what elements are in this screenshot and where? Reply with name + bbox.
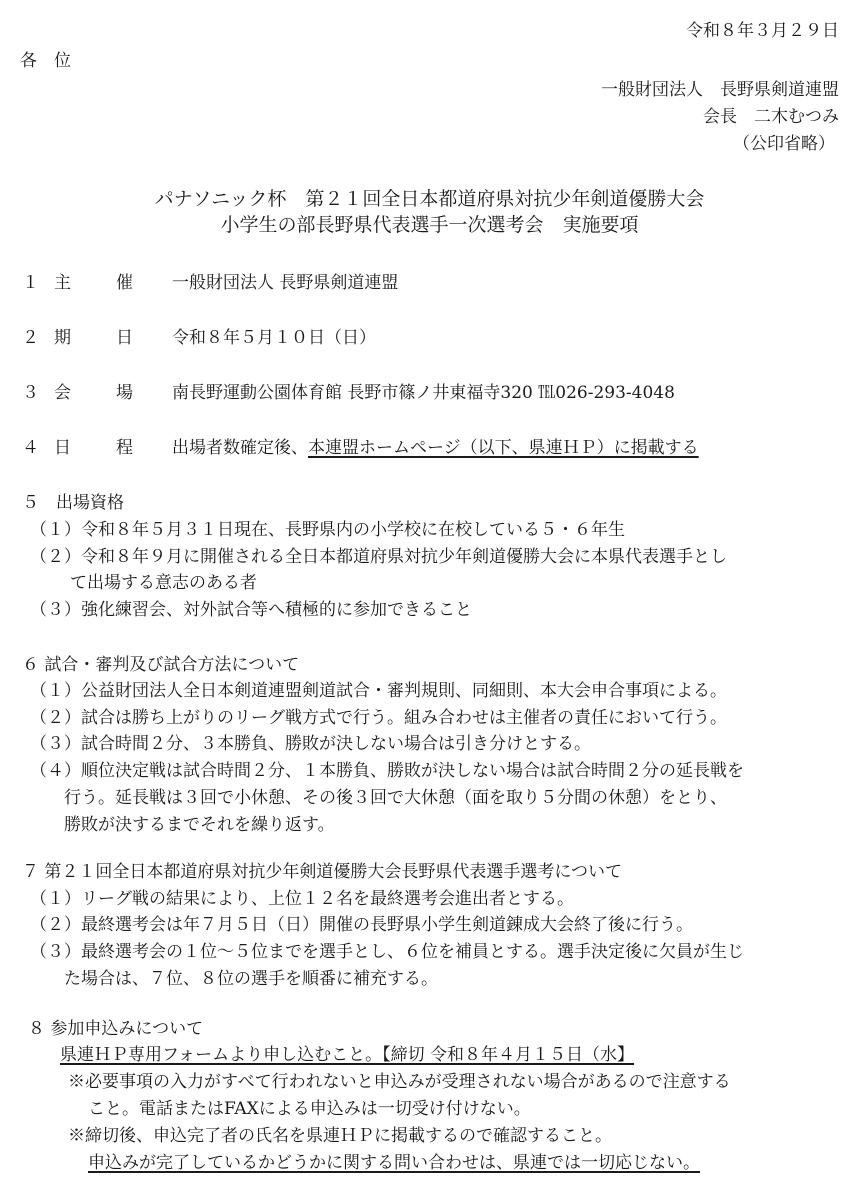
match-rule-item-2: （２）試合は勝ち上がりのリーグ戦方式で行う。組み合わせは主催者の責任において行う… [30, 707, 727, 729]
section-selection-heading: ７ 第２１回全日本都道府県対抗少年剣道優勝大会長野県代表選手選考について [22, 861, 622, 883]
section-eligibility-heading: ５ 出場資格 [22, 492, 124, 514]
document-date: 令和８年３月２９日 [686, 20, 839, 42]
application-deadline: 県連ＨＰ専用フォームより申し込むこと。【締切 令和８年４月１５日（水】 [60, 1044, 634, 1066]
section-label-char: 主 [54, 272, 116, 294]
section-label-char: 日 [116, 327, 172, 349]
application-note-2: ※締切後、申込完了者の氏名を県連ＨＰに掲載するので確認すること。 [68, 1125, 612, 1147]
section-match-rules-heading: ６ 試合・審判及び試合方法について [22, 654, 299, 676]
section-label-char: 場 [116, 382, 172, 404]
section-schedule: ４日程出場者数確定後、本連盟ホームページ（以下、県連ＨＰ）に掲載する [22, 437, 699, 459]
document-title-line1: パナソニック杯 第２１回全日本都道府県対抗少年剣道優勝大会 [0, 187, 859, 212]
match-rule-item-1: （１）公益財団法人全日本剣道連盟剣道試合・審判規則、同細則、本大会申合事項による… [30, 680, 727, 702]
schedule-underlined-note: 本連盟ホームページ（以下、県連ＨＰ）に掲載する [308, 438, 699, 458]
schedule-value: 出場者数確定後、 [172, 438, 308, 458]
section-number: １ [22, 272, 54, 294]
document-title-line2: 小学生の部長野県代表選手一次選考会 実施要項 [0, 213, 859, 238]
section-venue: ３会場南長野運動公園体育館 長野市篠ノ井東福寺320 ℡026-293-4048 [22, 382, 675, 404]
eligibility-item-2-cont: て出場する意志のある者 [70, 572, 257, 594]
match-rule-item-4-cont1: 行う。延長戦は３回で小休憩、その後３回で大休憩（面を取り５分間の休憩）をとり、 [64, 787, 727, 809]
selection-item-1: （１）リーグ戦の結果により、上位１２名を最終選考会進出者とする。 [30, 888, 574, 910]
section-number: ２ [22, 327, 54, 349]
eligibility-item-1: （１）令和８年５月３１日現在、長野県内の小学校に在校している５・６年生 [30, 519, 625, 541]
section-label-char: 会 [54, 382, 116, 404]
section-label-char: 日 [54, 437, 116, 459]
event-date-value: 令和８年５月１０日（日） [172, 328, 376, 348]
application-note-1: ※必要事項の入力がすべて行われないと申込みが受理されない場合があるので注意する [68, 1071, 731, 1093]
selection-item-3-cont: た場合は、７位、８位の選手を順番に補充する。 [64, 968, 438, 990]
match-rule-item-4-cont2: 勝敗が決するまでそれを繰り返す。 [64, 814, 335, 836]
section-label-char: 催 [116, 272, 172, 294]
match-rule-item-3: （３）試合時間２分、３本勝負、勝敗が決しない場合は引き分けとする。 [30, 733, 591, 755]
sender-name: 会長 二木むつみ [703, 106, 839, 128]
section-number: ３ [22, 382, 54, 404]
eligibility-item-3: （３）強化練習会、対外試合等へ積極的に参加できること [30, 599, 472, 621]
section-date: ２期日令和８年５月１０日（日） [22, 327, 376, 349]
recipient: 各 位 [20, 50, 71, 72]
section-label-char: 期 [54, 327, 116, 349]
application-note-1-cont: こと。電話またはFAXによる申込みは一切受け付けない。 [88, 1098, 531, 1120]
venue-value: 南長野運動公園体育館 長野市篠ノ井東福寺320 ℡026-293-4048 [172, 383, 675, 403]
section-label-char: 程 [116, 437, 172, 459]
seal-omitted-note: （公印省略） [733, 133, 835, 155]
organizer-value: 一般財団法人 長野県剣道連盟 [172, 273, 398, 293]
sender-organization: 一般財団法人 長野県剣道連盟 [601, 79, 839, 101]
section-number: ４ [22, 437, 54, 459]
match-rule-item-4: （４）順位決定戦は試合時間２分、１本勝負、勝敗が決しない場合は試合時間２分の延長… [30, 760, 744, 782]
application-note-3: 申込みが完了しているかどうかに関する問い合わせは、県連では一切応じない。 [88, 1152, 700, 1174]
section-application-heading: ８ 参加申込みについて [28, 1018, 203, 1040]
section-organizer: １主催一般財団法人 長野県剣道連盟 [22, 272, 398, 294]
eligibility-item-2: （２）令和８年９月に開催される全日本都道府県対抗少年剣道優勝大会に本県代表選手と… [30, 546, 727, 568]
selection-item-2: （２）最終選考会は年７月５日（日）開催の長野県小学生剣道錬成大会終了後に行う。 [30, 914, 693, 936]
selection-item-3: （３）最終選考会の１位～５位までを選手とし、６位を補員とする。選手決定後に欠員が… [30, 941, 744, 963]
